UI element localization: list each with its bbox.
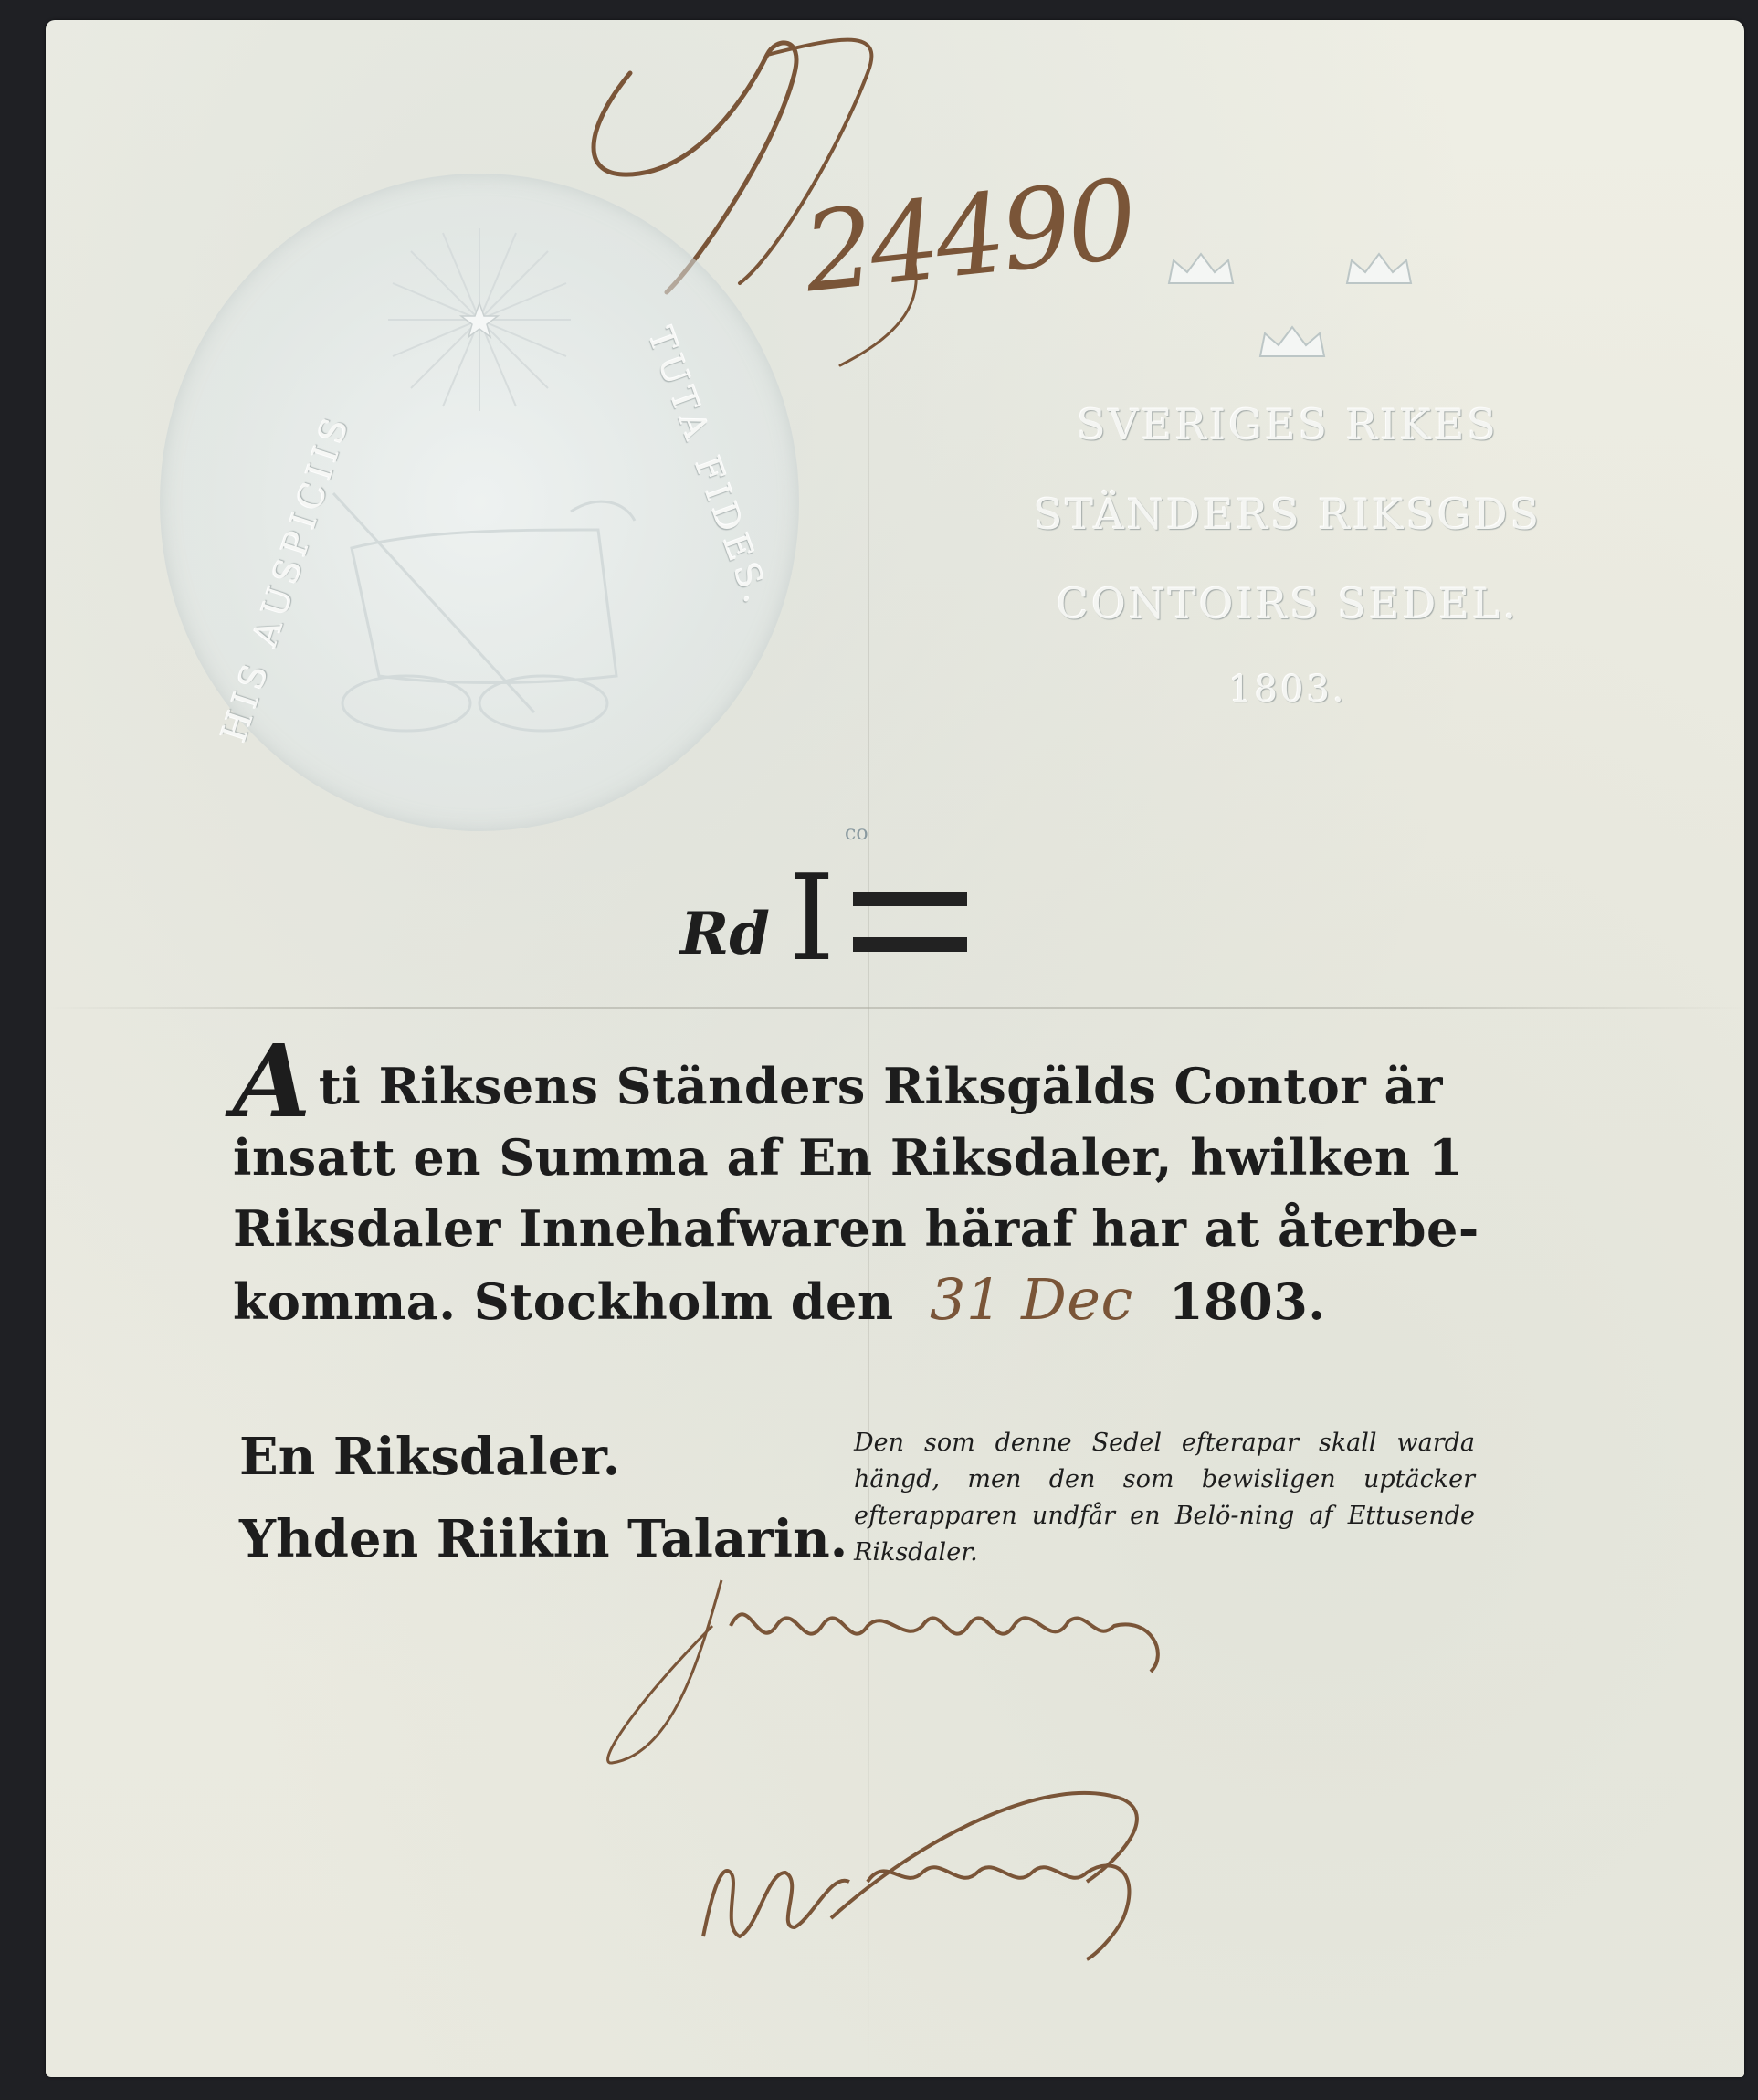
crown-icon [1164,247,1237,292]
issue-year: 1803. [1169,1272,1326,1331]
three-crowns [995,247,1580,384]
double-bar-icon [853,892,967,952]
crown-icon [1342,247,1416,292]
emboss-line-2: STÄNDERS RIKSGDS [995,490,1580,539]
riksdaler-symbol: Rd [680,900,770,968]
counterfeit-warning: Den som denne Sedel efterapar skall ward… [854,1425,1475,1571]
emboss-line-3: CONTOIRS SEDEL. [995,579,1580,628]
value-statement: En Riksdaler. Yhden Riikin Talarin. [239,1416,847,1580]
emboss-year: 1803. [995,669,1580,711]
embossed-seal: HIS AUSPICIIS TUTA FIDES. [160,174,799,831]
handwritten-date: 31 Dec [930,1266,1133,1333]
denomination-value: I [788,868,835,968]
emblem-trophy-icon [297,475,662,749]
value-swedish: En Riksdaler. [239,1416,847,1498]
signature-flourish-icon [685,1781,1507,1964]
small-stamp-mark: co [845,822,868,845]
crown-icon [1256,320,1329,365]
promise-text: A ti Riksens Ständers Riksgälds Contor ä… [233,1050,1493,1337]
radiant-star-icon [388,228,571,411]
horizontal-fold-crease [46,1007,1744,1009]
ornamental-dropcap: A [233,1054,311,1109]
body-line-1: ti Riksens Ständers Riksgälds Contor är [233,1050,1493,1122]
value-finnish: Yhden Riikin Talarin. [239,1498,847,1580]
emboss-line-1: SVERIGES RIKES [995,400,1580,449]
body-line-3: Riksdaler Innehafwaren häraf har at åter… [233,1193,1493,1264]
body-line-4-start: komma. Stockholm den [233,1272,894,1331]
body-line-2: insatt en Summa af En Riksdaler, hwilken… [233,1122,1493,1193]
denomination: Rd I [680,868,967,968]
body-line-4: komma. Stockholm den 31 Dec 1803. [233,1264,1493,1337]
embossed-title-block: SVERIGES RIKES STÄNDERS RIKSGDS CONTOIRS… [995,247,1580,751]
